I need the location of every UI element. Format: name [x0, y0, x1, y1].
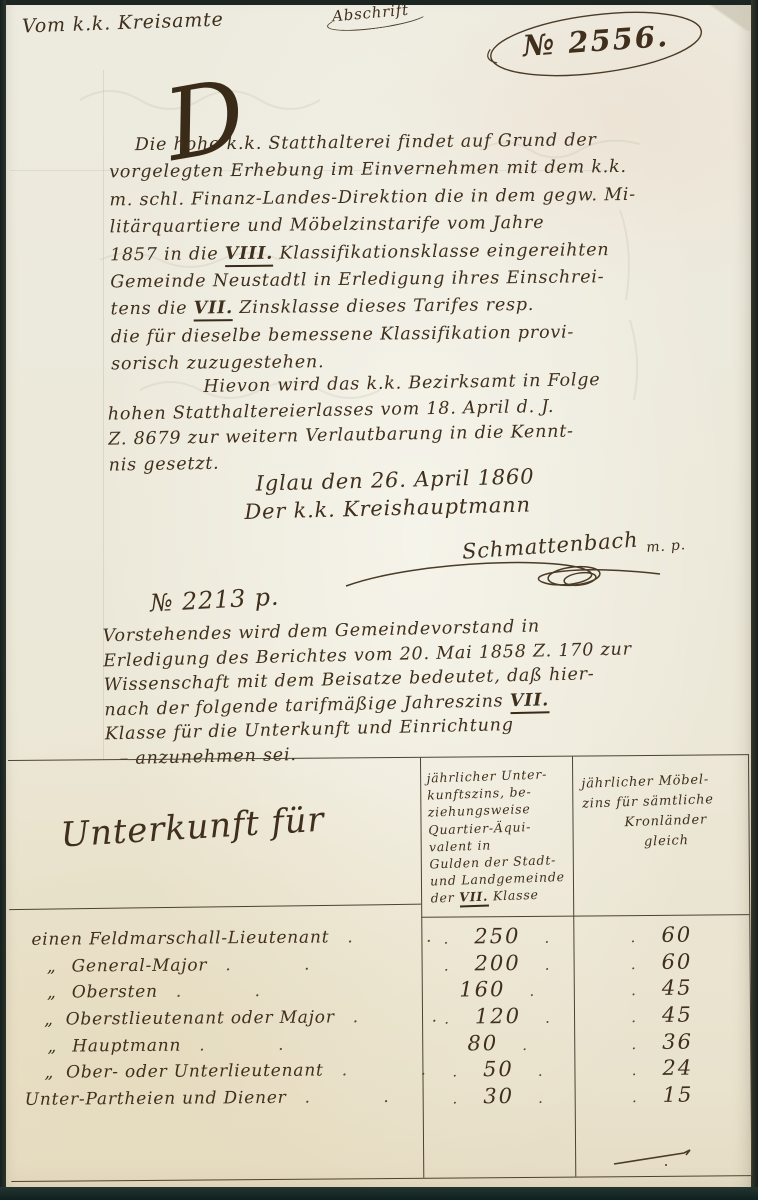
furniture-value-cell: .45	[574, 1002, 750, 1027]
table-header-rent: jährlicher Unter- kunftszins, be- ziehun…	[426, 765, 573, 907]
sender-note: Vom k.k. Kreisamte	[22, 8, 224, 37]
furniture-value-cell: .15	[575, 1082, 751, 1107]
class-roman-numeral: VII.	[194, 299, 233, 322]
scan-edge-left	[0, 0, 6, 1200]
furniture-value: 45	[662, 1003, 693, 1027]
furniture-value: 36	[662, 1029, 693, 1053]
pen-stroke-mark	[612, 1148, 696, 1168]
furniture-value-cell: .45	[574, 976, 750, 1001]
scan-edge-bottom	[0, 1187, 758, 1200]
furniture-value: 45	[662, 976, 693, 1000]
ditto-mark: „	[44, 983, 60, 1003]
furniture-value-cell: .60	[574, 949, 750, 974]
manu-propria-mark: m. p.	[646, 537, 687, 556]
rent-value-cell: .30.	[423, 1083, 575, 1108]
table-header-accommodation: Unterkunft für	[60, 800, 326, 856]
separator-flourish	[338, 556, 668, 602]
class-roman-numeral: VII.	[459, 889, 489, 908]
ditto-mark: „	[44, 1036, 60, 1056]
furniture-value: 15	[663, 1082, 694, 1106]
rank-label: einen Feldmarschall-Lieutenant	[31, 928, 329, 950]
class-roman-numeral: VII.	[510, 690, 550, 714]
rank-label: Obersten	[72, 982, 158, 1003]
reference-number: № 2213 p.	[149, 583, 280, 618]
tariff-table: Unterkunft für jährlicher Unter- kunftsz…	[8, 754, 752, 1182]
furniture-value: 60	[661, 923, 692, 947]
furniture-value: 24	[662, 1056, 693, 1080]
rent-value: 120	[475, 1004, 521, 1028]
rank-label: Unter-Partheien und Diener	[25, 1088, 287, 1110]
rank-label: Oberstlieutenant oder Major	[66, 1008, 335, 1030]
rank-label: General-Major	[72, 955, 208, 976]
dot-leader: . .	[305, 1087, 423, 1108]
rent-value: 160	[459, 978, 505, 1002]
rank-label: Ober- oder Unterlieutenant	[66, 1061, 324, 1083]
rent-value-cell: 160.	[422, 977, 574, 1002]
ditto-mark: „	[44, 956, 60, 976]
rent-value-cell: 80.	[422, 1030, 574, 1055]
rent-value-cell: .120.	[422, 1004, 574, 1029]
table-header-furniture: jährlicher Möbel- zins für sämtliche Kro…	[581, 769, 750, 855]
furniture-value-cell: .24	[574, 1055, 750, 1080]
dot-leader: . .	[199, 1034, 317, 1055]
dot-leader: . .	[225, 954, 343, 975]
dateline: Iglau den 26. April 1860 Der k.k. Kreish…	[255, 462, 535, 525]
paragraph-notification: Hievon wird das k.k. Bezirksamt in Folge…	[107, 365, 754, 478]
paragraph-decree: Die hohe k.k. Statthalterei findet auf G…	[109, 126, 757, 379]
paragraph-resolution: Vorstehendes wird dem Gemeindevorstand i…	[102, 610, 757, 772]
rent-value: 250	[474, 924, 520, 948]
table-header-rule	[421, 914, 749, 918]
ditto-mark: „	[44, 1010, 54, 1030]
rank-label: Hauptmann	[72, 1035, 181, 1056]
rent-value: 80	[467, 1031, 498, 1055]
furniture-value-cell: .60	[573, 922, 749, 947]
rent-value-cell: .200.	[422, 950, 574, 975]
table-header-rule	[9, 904, 421, 911]
rent-value: 30	[483, 1084, 514, 1108]
ditto-mark: „	[44, 1063, 54, 1083]
furniture-value-cell: .36	[574, 1029, 750, 1054]
rent-value: 200	[474, 951, 520, 975]
document-scan: Vom k.k. Kreisamte Abschrift № 2556. D D…	[0, 0, 758, 1200]
table-rows: einen Feldmarschall-Lieutenant. . .250. …	[9, 921, 750, 1113]
class-roman-numeral: VIII.	[225, 243, 273, 267]
rent-value-cell: .50.	[422, 1057, 574, 1082]
rent-value-cell: .250.	[421, 924, 573, 949]
paper-fold-corner	[705, 5, 751, 31]
dot-leader: . .	[176, 981, 294, 1002]
furniture-value: 60	[662, 950, 693, 974]
rent-value: 50	[483, 1057, 514, 1081]
table-row: Unter-Partheien und Diener. . .30. .15	[11, 1081, 751, 1113]
